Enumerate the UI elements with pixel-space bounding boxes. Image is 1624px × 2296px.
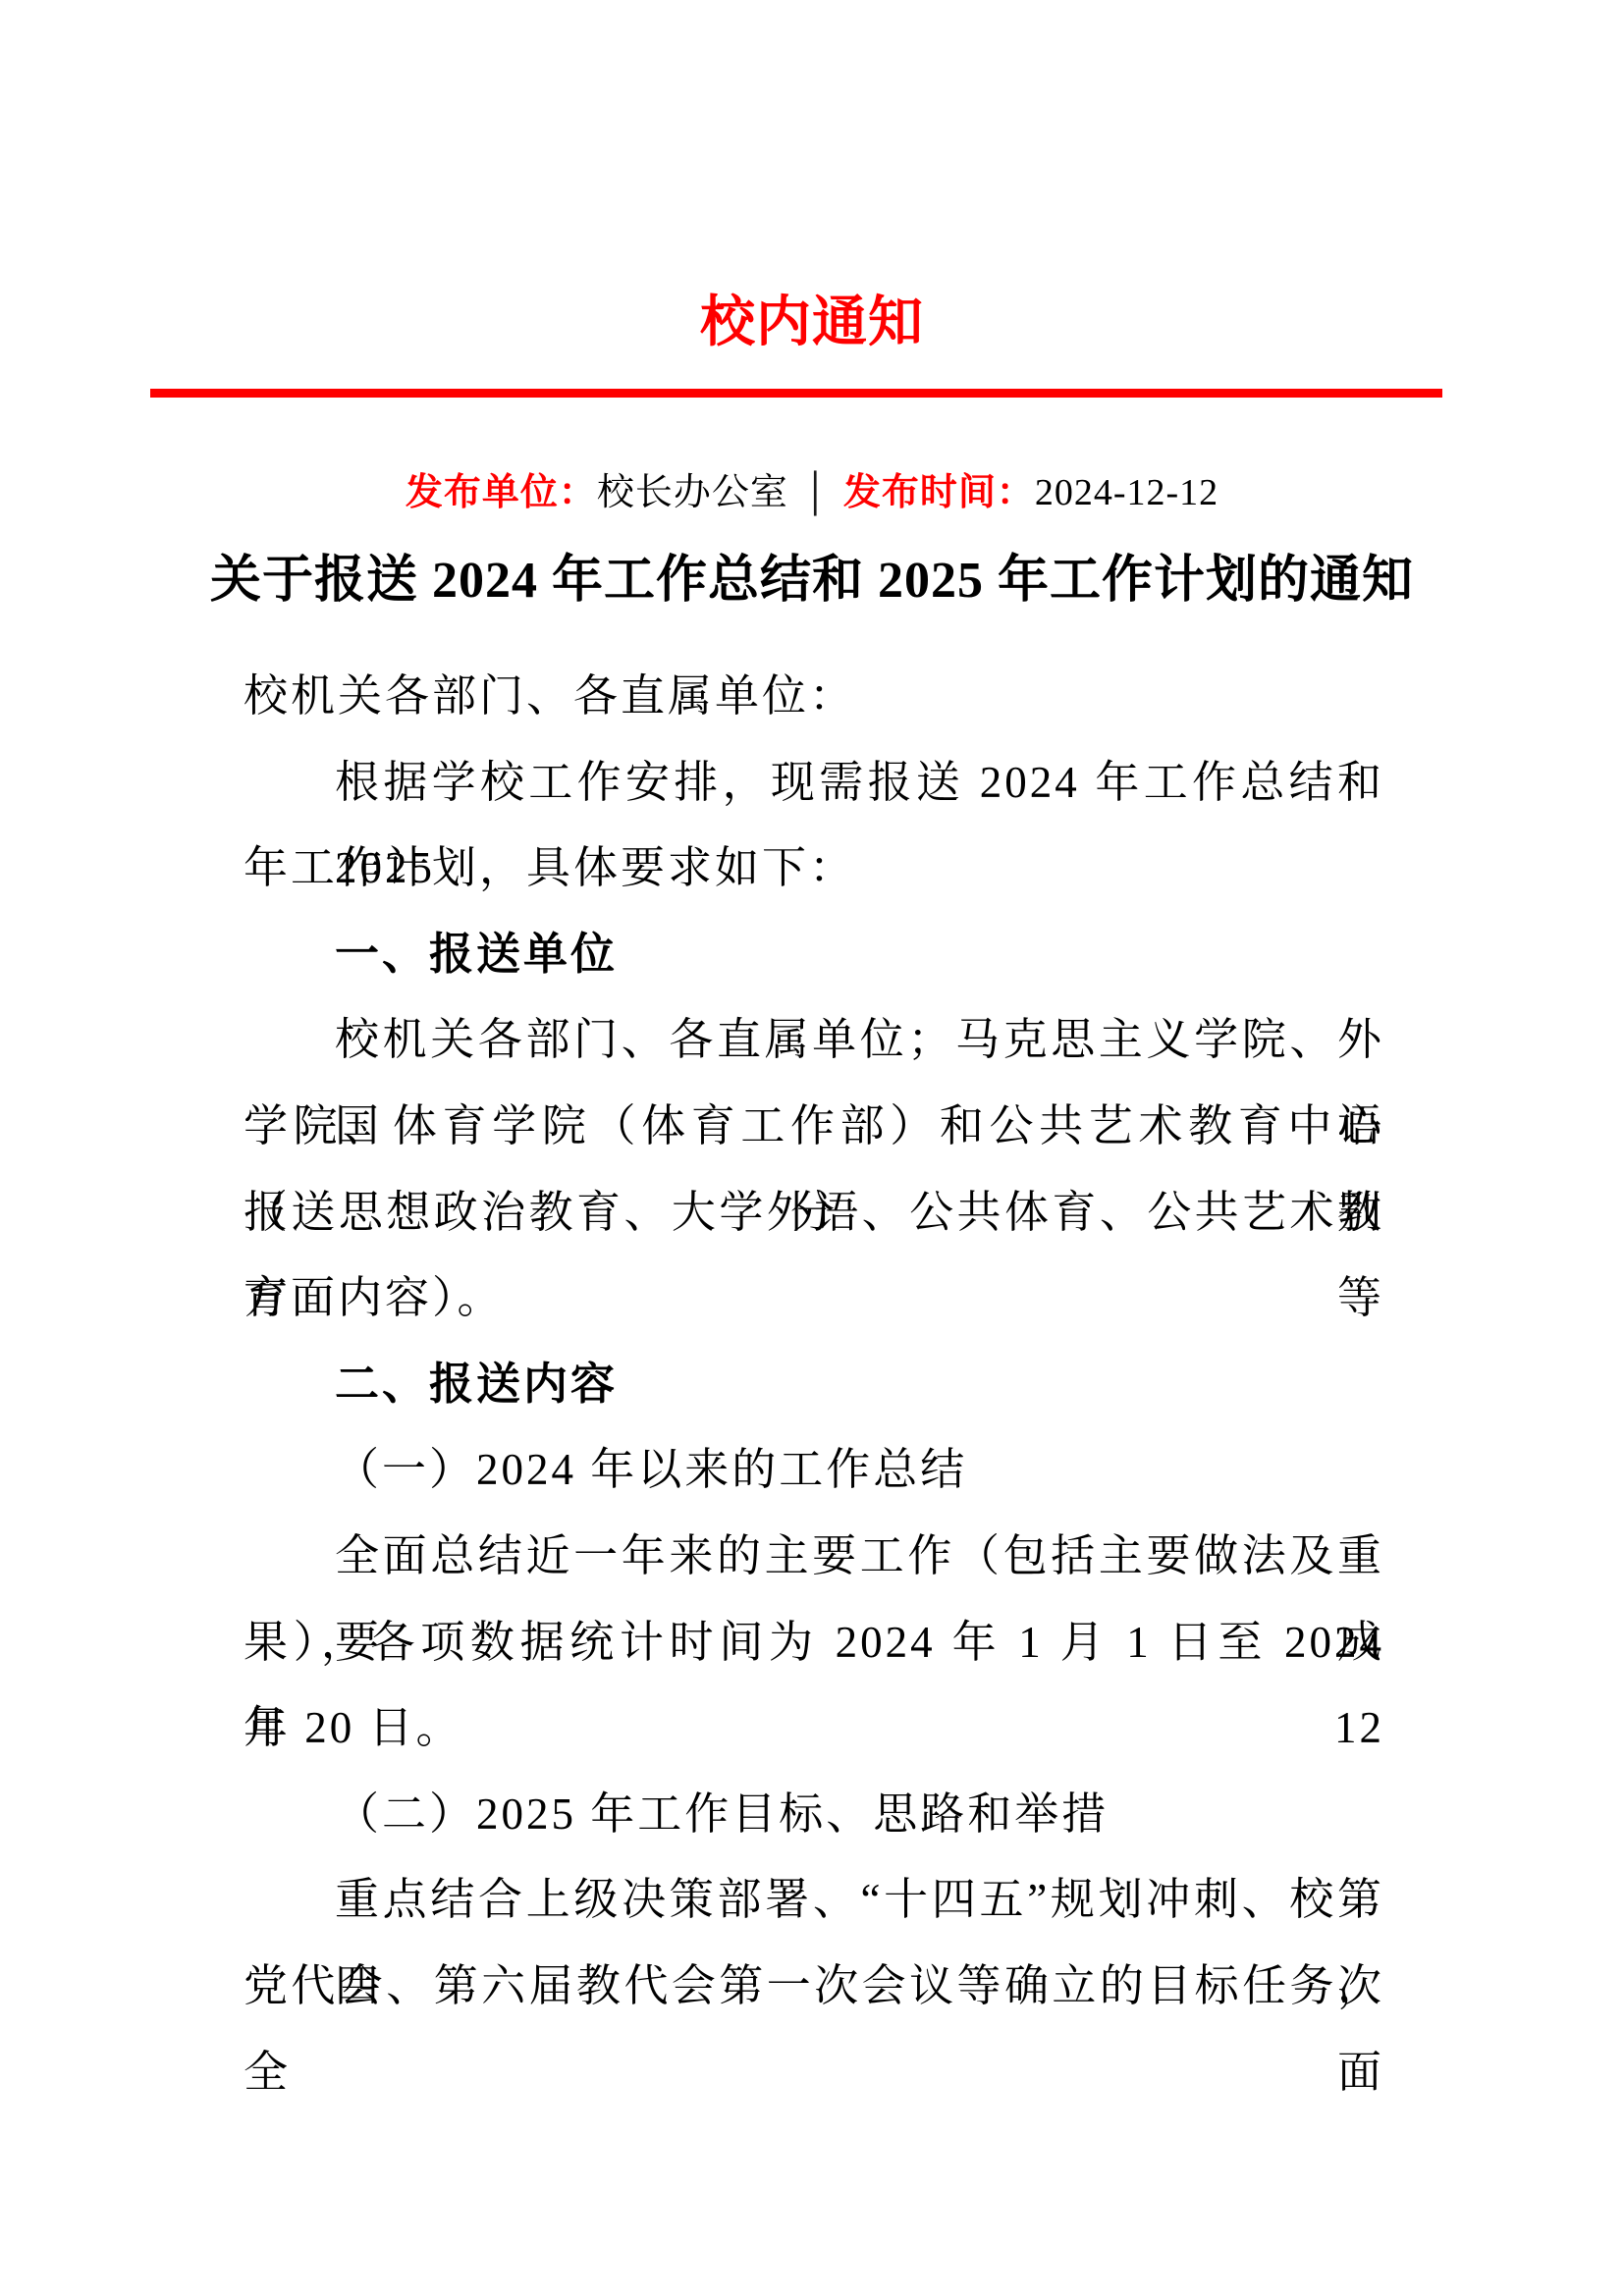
publish-separator: │ <box>802 472 830 513</box>
body-line: （一）2024 年以来的工作总结 <box>244 1427 1384 1514</box>
publish-time-value: 2024-12-12 <box>1035 472 1218 513</box>
red-divider-rule <box>150 389 1442 398</box>
publish-unit-label: 发布单位： <box>406 472 597 513</box>
body-line: 重点结合上级决策部署、“十四五”规划冲刺、校第四次 <box>244 1857 1384 1944</box>
body-line: 校机关各部门、各直属单位： <box>244 654 1384 740</box>
document-title: 关于报送 2024 年工作总结和 2025 年工作计划的通知 <box>0 538 1624 612</box>
publish-unit-value: 校长办公室 <box>597 472 788 513</box>
body-line: 年工作计划，具体要求如下： <box>244 826 1384 912</box>
body-line: 果），各项数据统计时间为 2024 年 1 月 1 日至 2024 年 12 <box>244 1600 1384 1686</box>
body-line: 二、报送内容 <box>244 1342 1384 1428</box>
notice-page: 校内通知 发布单位：校长办公室│发布时间：2024-12-12 关于报送 202… <box>0 0 1624 2296</box>
body-line: 全面总结近一年来的主要工作（包括主要做法及重要成 <box>244 1514 1384 1600</box>
banner-title: 校内通知 <box>0 279 1624 357</box>
body-line: 党代会、第六届教代会第一次会议等确立的目标任务，全面 <box>244 1944 1384 2030</box>
body-line: 根据学校工作安排，现需报送 2024 年工作总结和 2025 <box>244 740 1384 827</box>
publish-time-label: 发布时间： <box>843 472 1035 513</box>
body-line: 报送思想政治教育、大学外语、公共体育、公共艺术教育等 <box>244 1170 1384 1256</box>
body-line: （二）2025 年工作目标、思路和举措 <box>244 1772 1384 1858</box>
body-line: 校机关各部门、各直属单位；马克思主义学院、外国语 <box>244 997 1384 1084</box>
body-line: 学院、体育学院（体育工作部）和公共艺术教育中心（分别 <box>244 1084 1384 1170</box>
document-body: 校机关各部门、各直属单位：根据学校工作安排，现需报送 2024 年工作总结和 2… <box>244 654 1384 2030</box>
body-line: 一、报送单位 <box>244 912 1384 998</box>
publish-meta-line: 发布单位：校长办公室│发布时间：2024-12-12 <box>0 461 1624 515</box>
